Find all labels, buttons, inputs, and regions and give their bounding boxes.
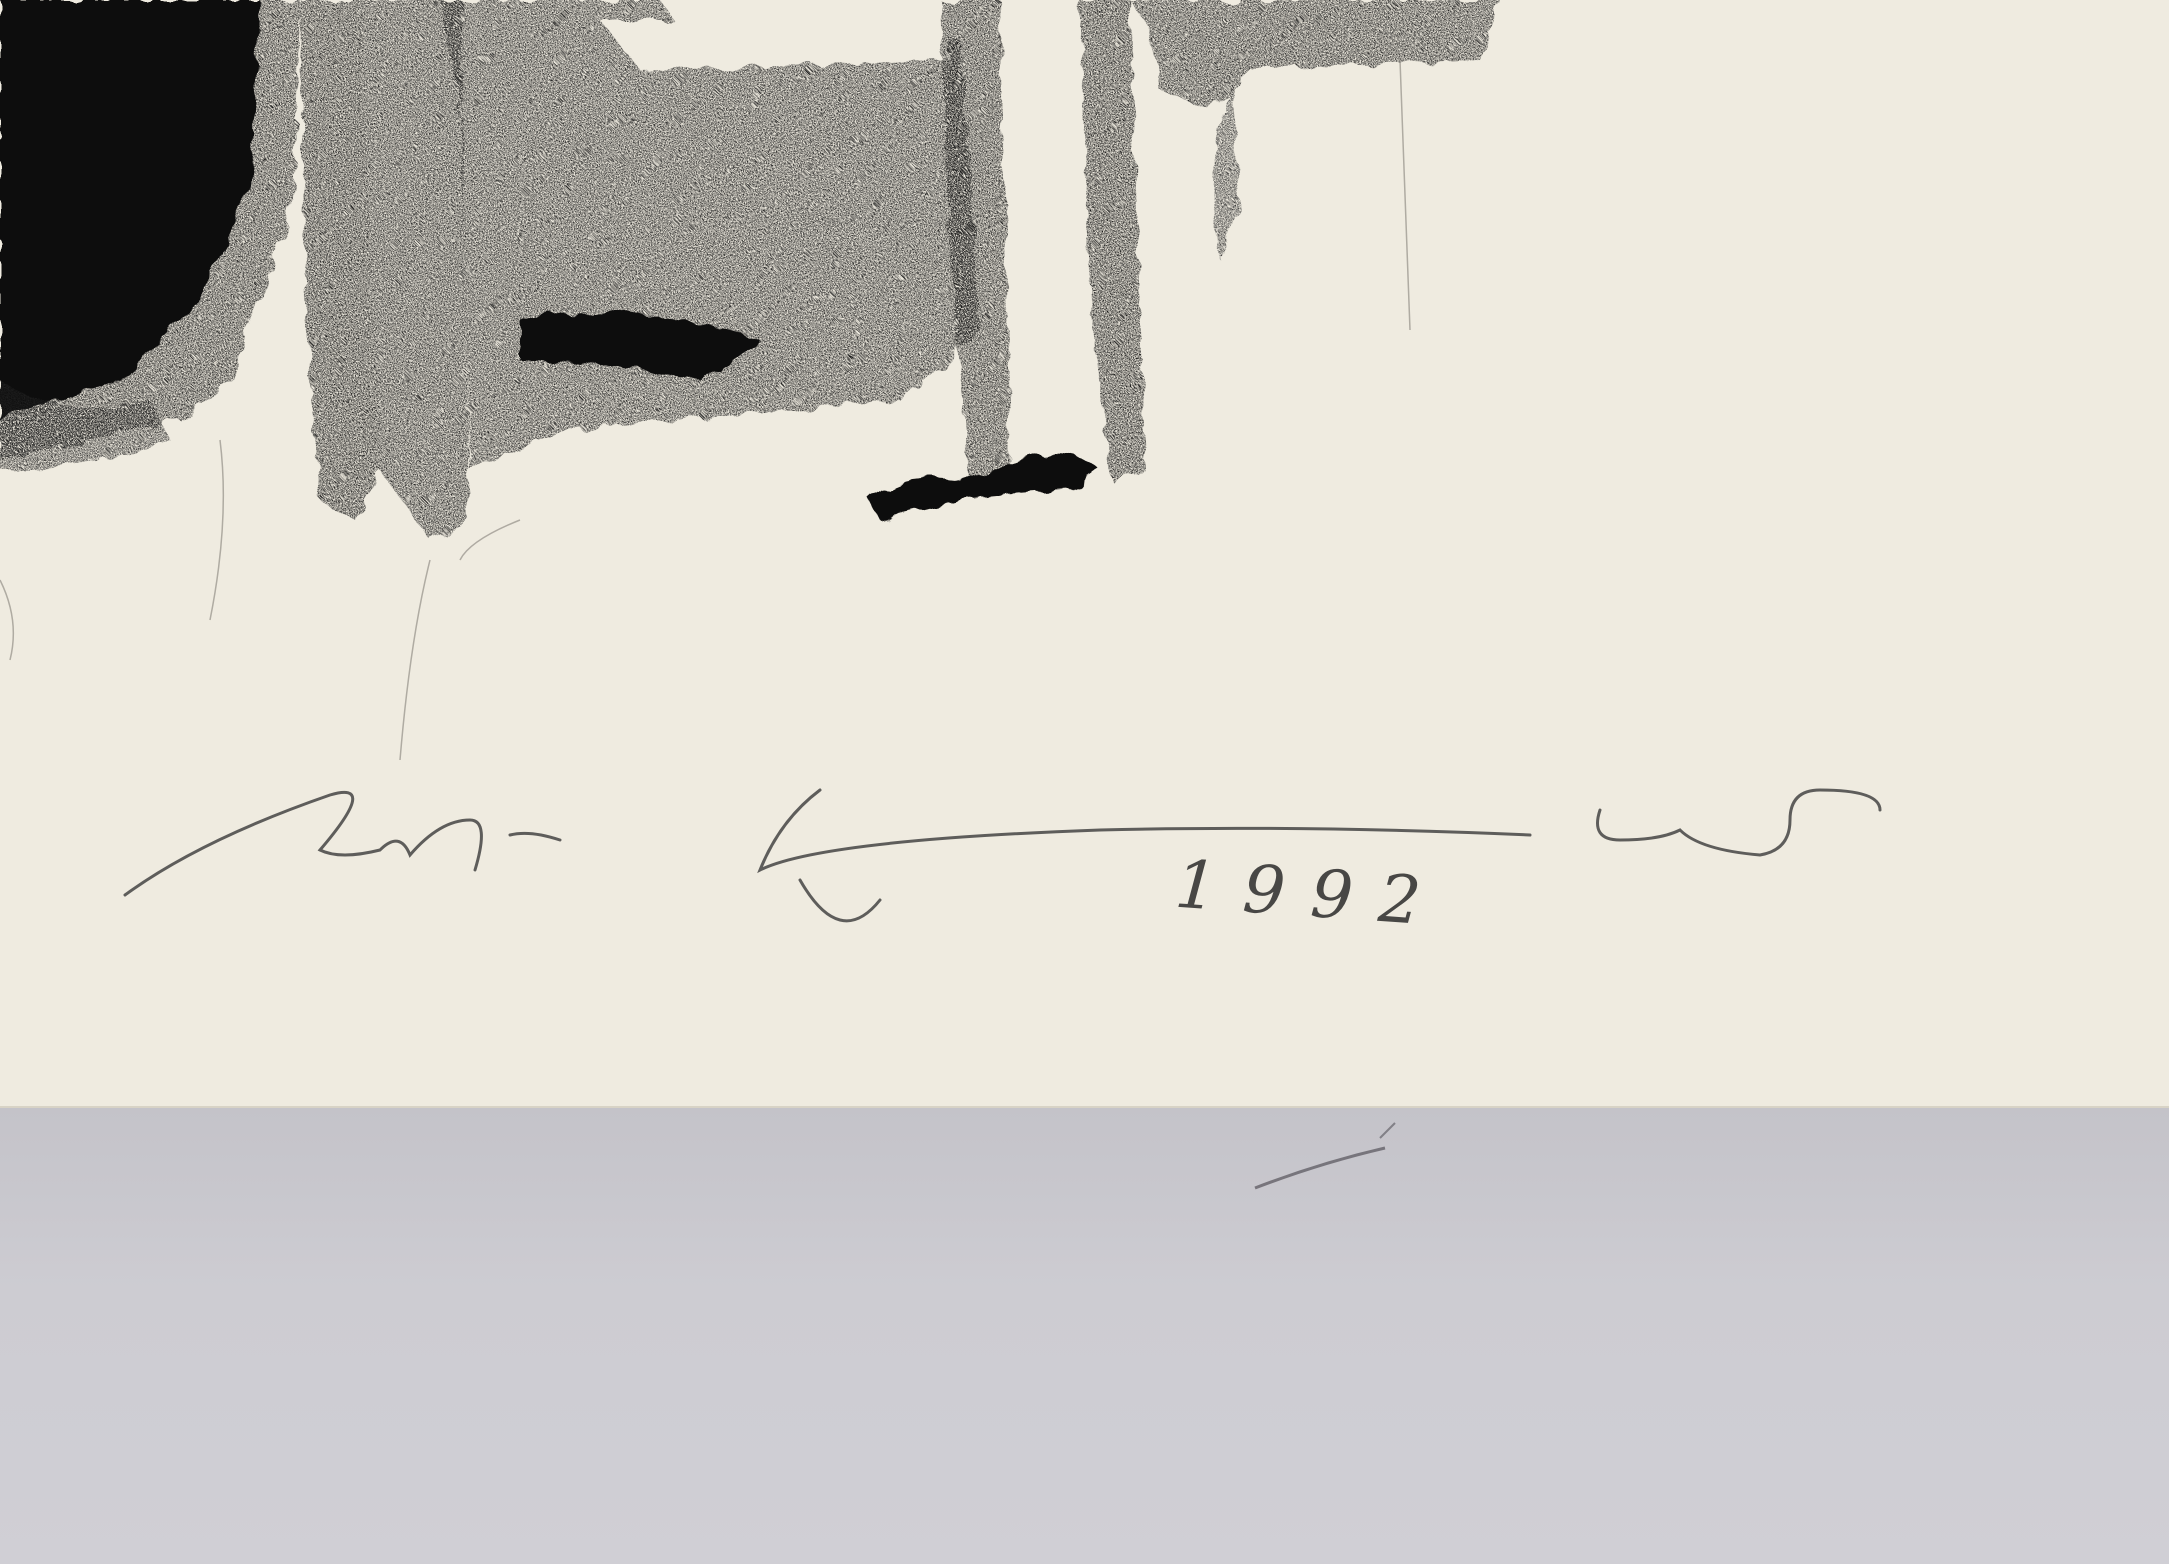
stray-pencil-mark <box>0 1108 2169 1564</box>
gray-background-surface <box>0 1108 2169 1564</box>
artist-signature <box>125 790 1880 921</box>
central-column <box>300 0 1010 540</box>
left-dark-mass <box>0 0 300 470</box>
artwork-paper: 1992 <box>0 0 2169 1110</box>
charcoal-drawing <box>0 0 2169 1110</box>
